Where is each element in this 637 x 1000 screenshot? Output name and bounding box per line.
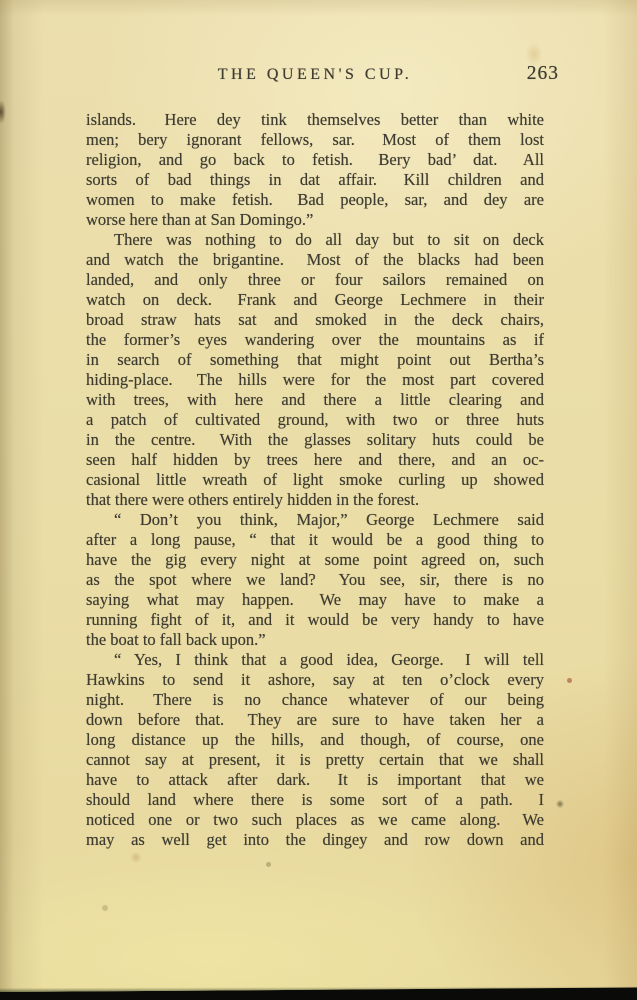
text-line: should land where there is some sort of …	[86, 790, 544, 810]
text-line: seen half hidden by trees here and there…	[86, 450, 544, 470]
text-line: landed, and only three or four sailors r…	[86, 270, 544, 290]
book-page-photo: THE QUEEN'S CUP. 263 islands. Here dey t…	[0, 0, 637, 1000]
text-line: the former’s eyes wandering over the mou…	[86, 330, 544, 350]
text-line: broad straw hats sat and smoked in the d…	[86, 310, 544, 330]
stain-speck	[556, 800, 564, 808]
stain-speck	[567, 678, 572, 683]
text-line: in the centre. With the glasses solitary…	[86, 430, 544, 450]
text-line: noticed one or two such places as we cam…	[86, 810, 544, 830]
text-line: islands. Here dey tink themselves better…	[86, 110, 544, 130]
text-line: the boat to fall back upon.”	[86, 630, 544, 650]
text-line: a patch of cultivated ground, with two o…	[86, 410, 544, 430]
paragraph: islands. Here dey tink themselves better…	[86, 110, 544, 230]
text-line: cannot say at present, it is pretty cert…	[86, 750, 544, 770]
text-line: long distance up the hills, and though, …	[86, 730, 544, 750]
page-bottom-edge-shadow	[0, 986, 637, 994]
text-line: Hawkins to send it ashore, say at ten o’…	[86, 670, 544, 690]
text-line: “ Don’t you think, Major,” George Lechme…	[86, 510, 544, 530]
text-line: women to make fetish. Bad people, sar, a…	[86, 190, 544, 210]
paragraph: There was nothing to do all day but to s…	[86, 230, 544, 510]
text-line: men; bery ignorant fellows, sar. Most of…	[86, 130, 544, 150]
text-line: may as well get into the dingey and row …	[86, 830, 544, 850]
paragraph: “ Don’t you think, Major,” George Lechme…	[86, 510, 544, 650]
text-line: have to attack after dark. It is importa…	[86, 770, 544, 790]
text-line: as the spot where we land? You see, sir,…	[86, 570, 544, 590]
text-line: religion, and go back to fetish. Bery ba…	[86, 150, 544, 170]
text-line: sorts of bad things in dat affair. Kill …	[86, 170, 544, 190]
text-line: hiding-place. The hills were for the mos…	[86, 370, 544, 390]
text-block: islands. Here dey tink themselves better…	[86, 110, 544, 850]
text-line: “ Yes, I think that a good idea, George.…	[86, 650, 544, 670]
text-line: with trees, with here and there a little…	[86, 390, 544, 410]
text-line: down before that. They are sure to have …	[86, 710, 544, 730]
page-header: THE QUEEN'S CUP. 263	[85, 62, 545, 90]
text-line: have the gig every night at some point a…	[86, 550, 544, 570]
paragraph: “ Yes, I think that a good idea, George.…	[86, 650, 544, 850]
text-line: saying what may happen. We may have to m…	[86, 590, 544, 610]
text-line: watch on deck. Frank and George Lechmere…	[86, 290, 544, 310]
page-paper: THE QUEEN'S CUP. 263 islands. Here dey t…	[0, 0, 637, 1000]
text-line: casional little wreath of light smoke cu…	[86, 470, 544, 490]
text-line: that there were others entirely hidden i…	[86, 490, 544, 510]
text-line: There was nothing to do all day but to s…	[86, 230, 544, 250]
text-line: and watch the brigantine. Most of the bl…	[86, 250, 544, 270]
stain-speck	[102, 905, 108, 911]
running-title: THE QUEEN'S CUP.	[85, 62, 545, 88]
text-line: after a long pause, “ that it would be a…	[86, 530, 544, 550]
page-edge-notch	[0, 100, 6, 124]
stain-speck	[130, 852, 142, 863]
stain-speck	[525, 42, 543, 66]
text-line: in search of something that might point …	[86, 350, 544, 370]
stain-speck	[266, 862, 271, 867]
text-line: worse here than at San Domingo.”	[86, 210, 544, 230]
text-line: night. There is no chance whatever of ou…	[86, 690, 544, 710]
text-line: running fight of it, and it would be ver…	[86, 610, 544, 630]
